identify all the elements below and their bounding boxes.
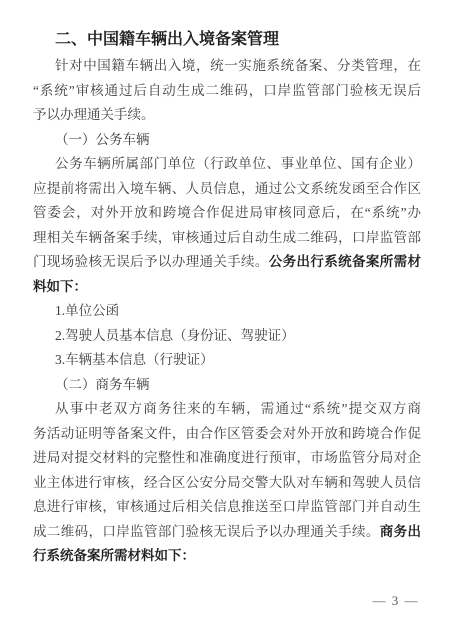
subheading-line: （二）商务车辆 bbox=[33, 373, 421, 398]
text-segment: 从事中老双方商务往来的车辆，需通过“系统”提交双方商 bbox=[55, 401, 421, 416]
bold-text-segment: 料如下： bbox=[33, 279, 87, 294]
paragraph-line: 业主体进行审核，经合区公安分局交警大队对车辆和驾驶人员信 bbox=[33, 471, 421, 496]
text-segment: （二）商务车辆 bbox=[55, 377, 150, 392]
text-segment: 2.驾驶人员基本信息（身份证、驾驶证） bbox=[55, 328, 295, 343]
bold-text-segment: 二、中国籍车辆出入境备案管理 bbox=[55, 31, 279, 48]
paragraph-line: 予以办理通关手续。 bbox=[33, 103, 421, 128]
document-page: 二、中国籍车辆出入境备案管理针对中国籍车辆出入境，统一实施系统备案、分类管理，在… bbox=[0, 0, 449, 629]
text-segment: 应提前将需出入境车辆、人员信息，通过公文系统发函至合作区 bbox=[33, 181, 421, 196]
list-item-line: 1.单位公函 bbox=[33, 299, 421, 324]
paragraph-line: 成二维码，口岸监管部门验核无误后予以办理通关手续。商务出 bbox=[33, 520, 421, 545]
paragraph-line: 从事中老双方商务往来的车辆，需通过“系统”提交双方商 bbox=[33, 397, 421, 422]
text-segment: 成二维码，口岸监管部门验核无误后予以办理通关手续。 bbox=[33, 524, 380, 539]
text-segment: 1.单位公函 bbox=[55, 303, 119, 318]
bold-text-segment: 行系统备案所需材料如下： bbox=[33, 548, 195, 563]
document-body: 二、中国籍车辆出入境备案管理针对中国籍车辆出入境，统一实施系统备案、分类管理，在… bbox=[33, 26, 421, 569]
bold-text-segment: 公务出行系统备案所需材 bbox=[269, 254, 421, 269]
text-segment: （一）公务车辆 bbox=[55, 132, 150, 147]
text-segment: 公务车辆所属部门单位（行政单位、事业单位、国有企业） bbox=[55, 156, 421, 171]
paragraph-line: 针对中国籍车辆出入境，统一实施系统备案、分类管理，在 bbox=[33, 54, 421, 79]
paragraph-line: 应提前将需出入境车辆、人员信息，通过公文系统发函至合作区 bbox=[33, 177, 421, 202]
paragraph-line: 公务车辆所属部门单位（行政单位、事业单位、国有企业） bbox=[33, 152, 421, 177]
paragraph-line: 务活动证明等备案文件，由合作区管委会对外开放和跨境合作促 bbox=[33, 422, 421, 447]
paragraph-line: “系统”审核通过后自动生成二维码，口岸监管部门验核无误后 bbox=[33, 79, 421, 104]
text-segment: 管委会，对外开放和跨境合作促进局审核同意后，在“系统”办 bbox=[33, 205, 421, 220]
bold-text-segment: 商务出 bbox=[380, 524, 421, 539]
text-segment: 业主体进行审核，经合区公安分局交警大队对车辆和驾驶人员信 bbox=[33, 475, 421, 490]
paragraph-line: 管委会，对外开放和跨境合作促进局审核同意后，在“系统”办 bbox=[33, 201, 421, 226]
subheading-line: （一）公务车辆 bbox=[33, 128, 421, 153]
text-segment: 门现场验核无误后予以办理通关手续。 bbox=[33, 254, 269, 269]
paragraph-line: 门现场验核无误后予以办理通关手续。公务出行系统备案所需材 bbox=[33, 250, 421, 275]
text-segment: 息进行审核，审核通过后相关信息推送至口岸监管部门并自动生 bbox=[33, 499, 421, 514]
document-title: 二、中国籍车辆出入境备案管理 bbox=[33, 26, 421, 54]
text-segment: “系统”审核通过后自动生成二维码，口岸监管部门验核无误后 bbox=[33, 83, 421, 98]
paragraph-line: 理相关车辆备案手续，审核通过后自动生成二维码，口岸监管部 bbox=[33, 226, 421, 251]
text-segment: 针对中国籍车辆出入境，统一实施系统备案、分类管理，在 bbox=[55, 58, 421, 73]
paragraph-line: 料如下： bbox=[33, 275, 421, 300]
paragraph-line: 进局对提交材料的完整性和准确度进行预审，市场监管分局对企 bbox=[33, 446, 421, 471]
text-segment: 进局对提交材料的完整性和准确度进行预审，市场监管分局对企 bbox=[33, 450, 421, 465]
page-number: — 3 — bbox=[373, 593, 420, 609]
paragraph-line: 行系统备案所需材料如下： bbox=[33, 544, 421, 569]
text-segment: 务活动证明等备案文件，由合作区管委会对外开放和跨境合作促 bbox=[33, 426, 421, 441]
list-item-line: 3.车辆基本信息（行驶证） bbox=[33, 348, 421, 373]
text-segment: 理相关车辆备案手续，审核通过后自动生成二维码，口岸监管部 bbox=[33, 230, 421, 245]
paragraph-line: 息进行审核，审核通过后相关信息推送至口岸监管部门并自动生 bbox=[33, 495, 421, 520]
list-item-line: 2.驾驶人员基本信息（身份证、驾驶证） bbox=[33, 324, 421, 349]
text-segment: 3.车辆基本信息（行驶证） bbox=[55, 352, 214, 367]
text-segment: 予以办理通关手续。 bbox=[33, 107, 155, 122]
